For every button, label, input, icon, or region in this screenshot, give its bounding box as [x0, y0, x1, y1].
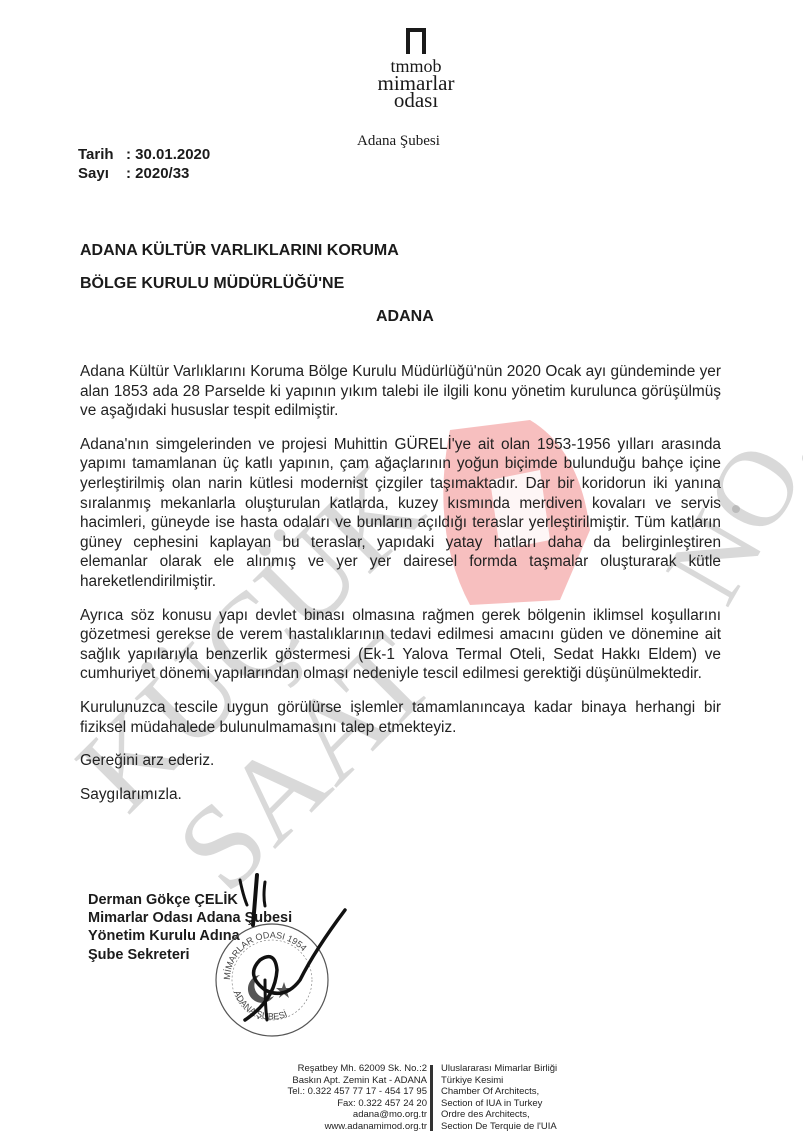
footer-affiliation: Uluslararası Mimarlar Birliği Türkiye Ke… — [441, 1063, 557, 1132]
affiliation-line: Chamber Of Architects, — [441, 1086, 557, 1098]
handwritten-signature — [205, 870, 365, 1030]
watermark-dot — [732, 505, 740, 513]
date-value: : 30.01.2020 — [126, 145, 210, 164]
footer-address-line: Baskın Apt. Zemin Kat - ADANA — [288, 1075, 427, 1087]
footer-divider — [430, 1065, 433, 1131]
number-row: Sayı : 2020/33 — [78, 164, 210, 183]
letter-page: KÜÇÜK SAAT NO. tmmob mimarlar odası Adan… — [0, 0, 803, 1145]
affiliation-line: Türkiye Kesimi — [441, 1075, 557, 1087]
body-paragraph-2: Adana'nın simgelerinden ve projesi Muhit… — [80, 435, 721, 592]
body-paragraph-1: Adana Kültür Varlıklarını Koruma Bölge K… — [80, 362, 721, 421]
number-label: Sayı — [78, 164, 126, 183]
footer-phone: Tel.: 0.322 457 77 17 - 454 17 95 — [288, 1086, 427, 1098]
letter-meta: Tarih : 30.01.2020 Sayı : 2020/33 — [78, 145, 210, 183]
affiliation-line: Section of IUA in Turkey — [441, 1098, 557, 1110]
footer-address: Reşatbey Mh. 62009 Sk. No.:2 Baskın Apt.… — [288, 1063, 427, 1132]
closing-regards: Saygılarımızla. — [80, 785, 721, 805]
affiliation-line: Ordre des Architects, — [441, 1109, 557, 1121]
recipient-city: ADANA — [376, 308, 434, 326]
letter-body: Adana Kültür Varlıklarını Koruma Bölge K… — [80, 362, 721, 818]
number-value: : 2020/33 — [126, 164, 189, 183]
branch-name: Adana Şubesi — [357, 133, 440, 150]
footer-address-line: Reşatbey Mh. 62009 Sk. No.:2 — [288, 1063, 427, 1075]
recipient-line-1: ADANA KÜLTÜR VARLIKLARINI KORUMA — [80, 242, 399, 260]
closing-request: Gereğini arz ederiz. — [80, 751, 721, 771]
org-line-3: odası — [356, 92, 476, 109]
letterhead-logo: tmmob mimarlar odası — [356, 28, 476, 109]
body-paragraph-4: Kurulunuzca tescile uygun görülürse işle… — [80, 698, 721, 737]
body-paragraph-3: Ayrıca söz konusu yapı devlet binası olm… — [80, 606, 721, 684]
bracket-logo-icon — [406, 28, 426, 54]
recipient-line-2: BÖLGE KURULU MÜDÜRLÜĞÜ'NE — [80, 275, 344, 293]
date-row: Tarih : 30.01.2020 — [78, 145, 210, 164]
footer-fax: Fax: 0.322 457 24 20 — [288, 1098, 427, 1110]
affiliation-line: Section De Terquie de l'UIA — [441, 1121, 557, 1133]
affiliation-line: Uluslararası Mimarlar Birliği — [441, 1063, 557, 1075]
footer-website: www.adanamimod.org.tr — [288, 1121, 427, 1133]
date-label: Tarih — [78, 145, 126, 164]
footer-email: adana@mo.org.tr — [288, 1109, 427, 1121]
